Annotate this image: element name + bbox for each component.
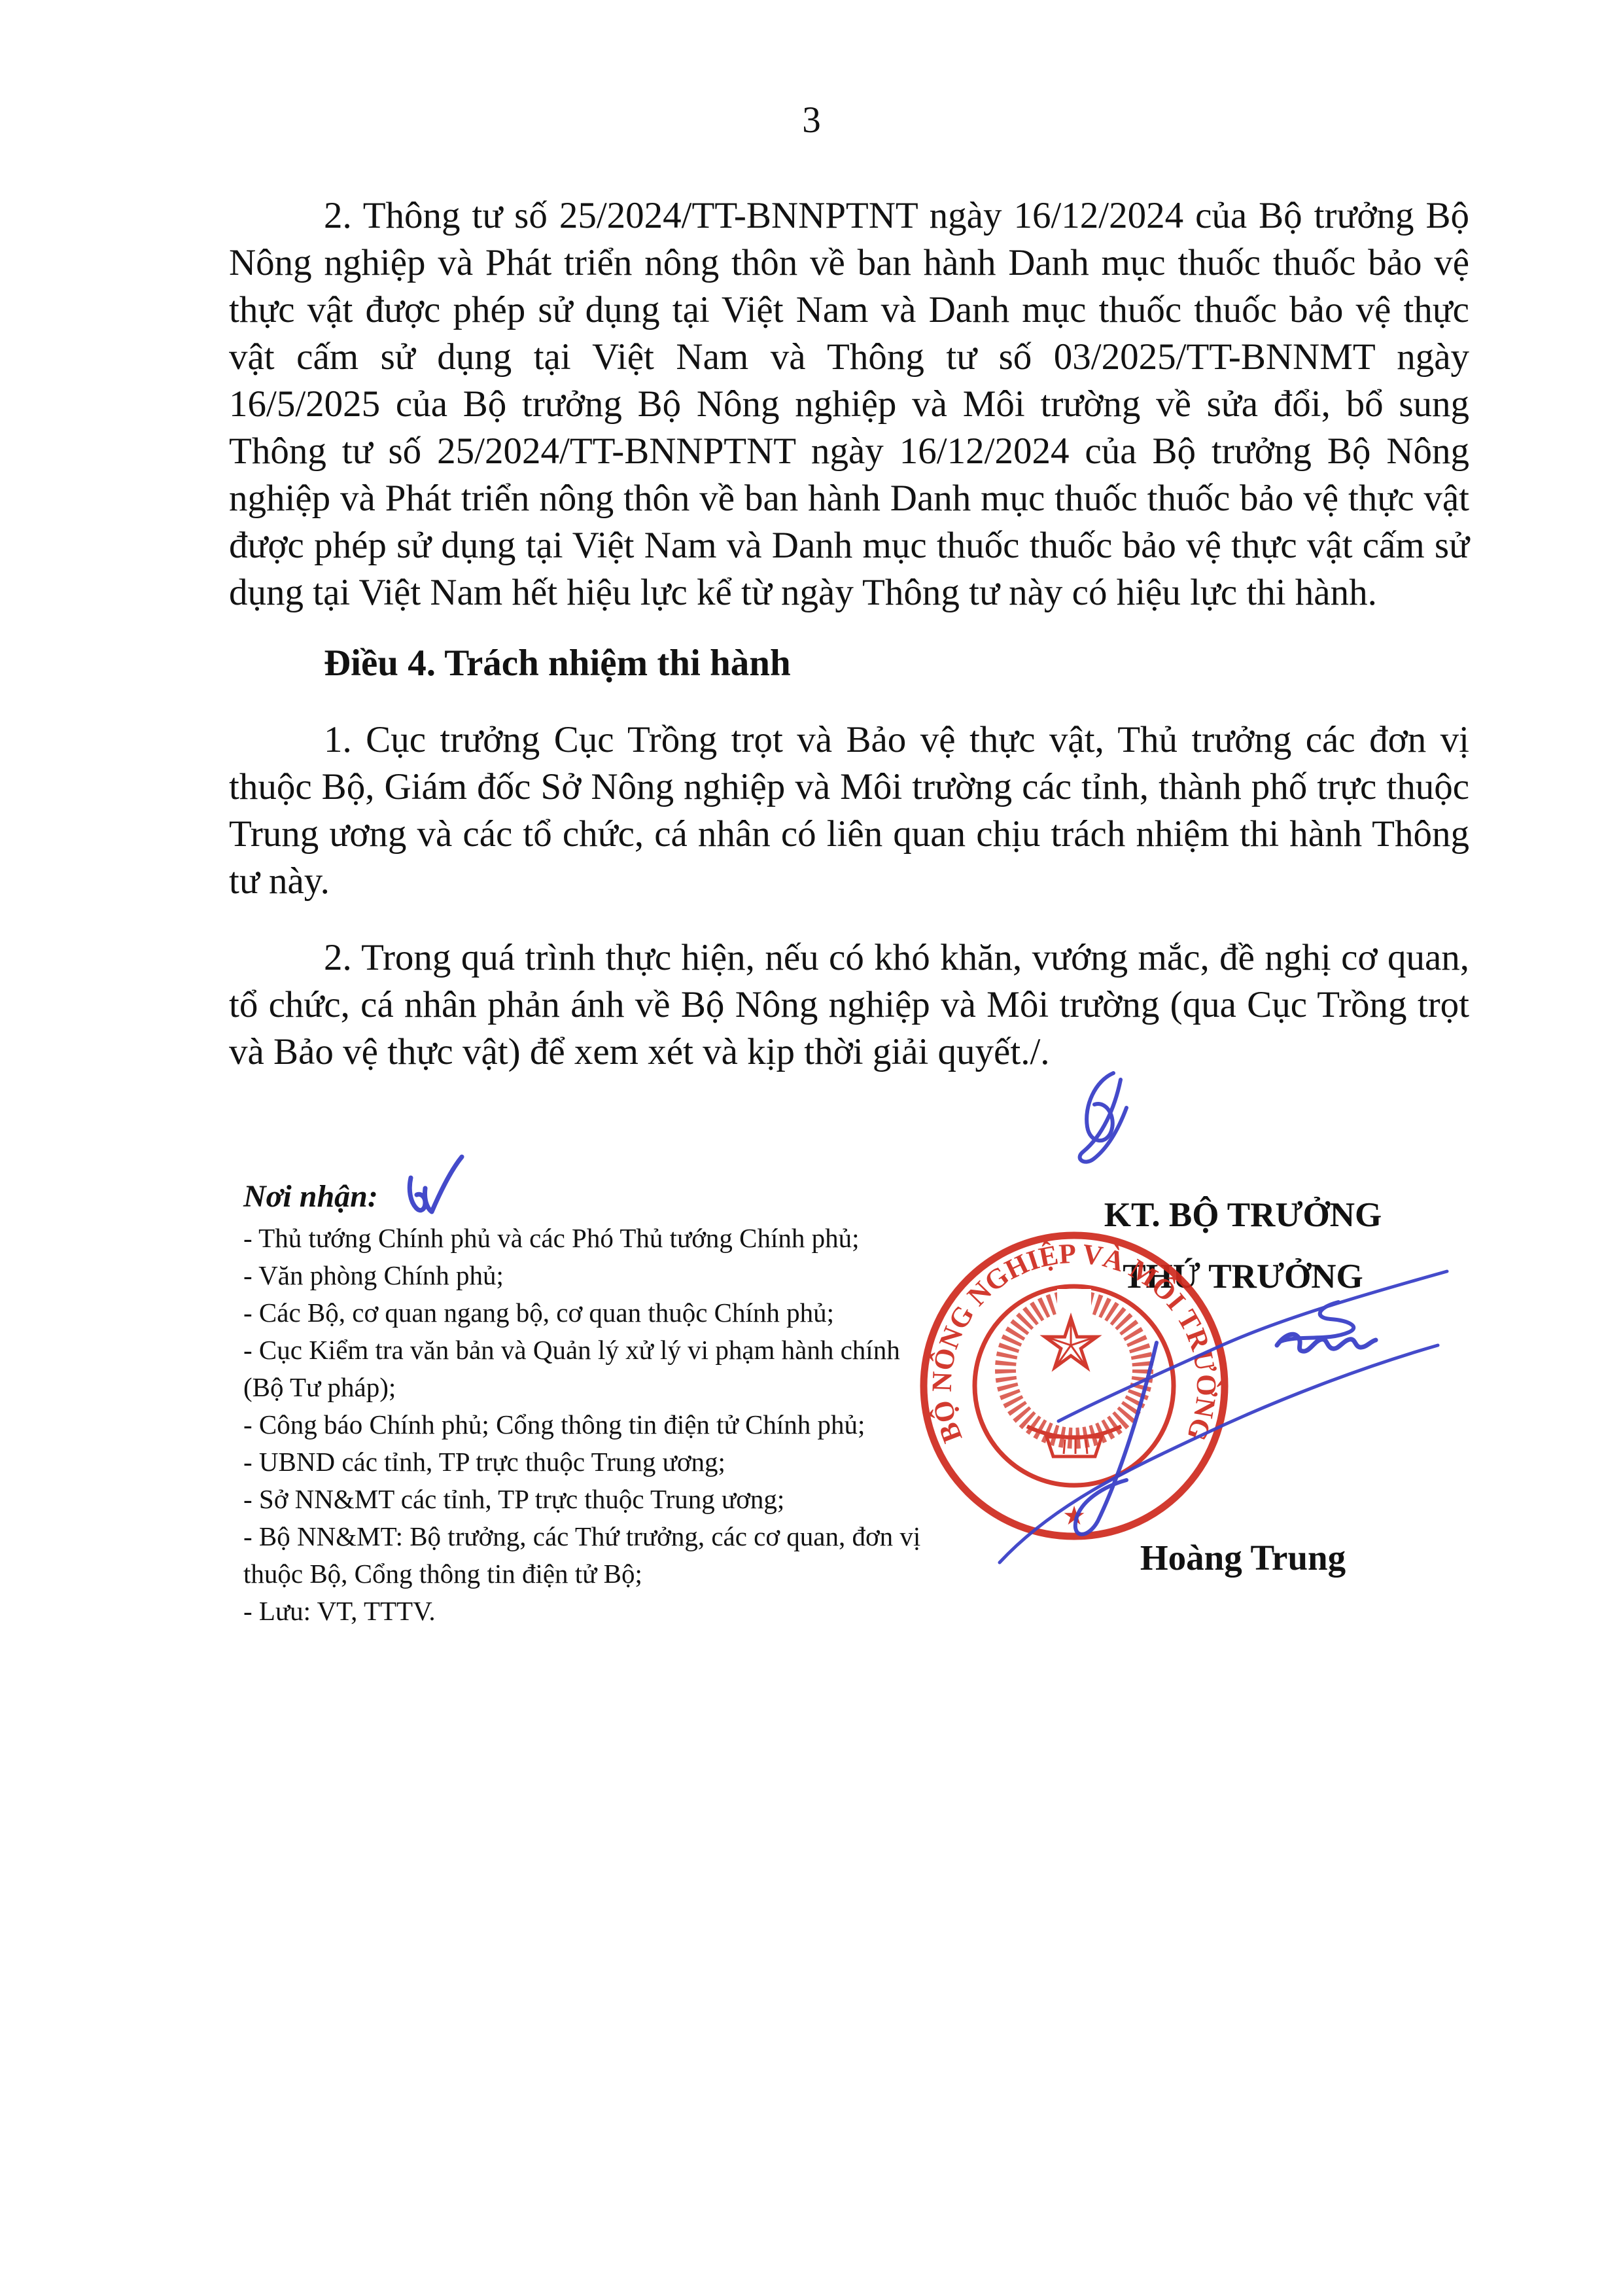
official-seal: BỘ NÔNG NGHIỆP VÀ MÔI TRƯỜNG ★ <box>917 1229 1231 1543</box>
recipient-item: - Lưu: VT, TTTV. <box>243 1593 924 1630</box>
recipient-item: - Sở NN&MT các tỉnh, TP trực thuộc Trung… <box>243 1481 924 1518</box>
recipient-item: - Bộ NN&MT: Bộ trưởng, các Thứ trưởng, c… <box>243 1518 924 1593</box>
recipients-label: Nơi nhận: <box>243 1177 378 1216</box>
seal-outer-ring <box>924 1235 1225 1536</box>
paragraph-transitional-2: 2. Thông tư số 25/2024/TT-BNNPTNT ngày 1… <box>229 192 1469 616</box>
signature-loops-stroke <box>1277 1334 1376 1351</box>
paraph-tail <box>1080 1080 1126 1162</box>
recipient-item: - UBND các tỉnh, TP trực thuộc Trung ươn… <box>243 1443 924 1481</box>
article-4-clause-1: 1. Cục trưởng Cục Trồng trọt và Bảo vệ t… <box>229 716 1469 905</box>
recipients-list: - Thủ tướng Chính phủ và các Phó Thủ tướ… <box>243 1220 924 1630</box>
paraph-loop <box>1087 1073 1113 1140</box>
seal-emblem <box>1005 1289 1143 1457</box>
signature-curl-stroke <box>1281 1302 1353 1341</box>
checkmark-scribble <box>410 1178 425 1210</box>
article-4-clause-2: 2. Trong quá trình thực hiện, nếu có khó… <box>229 934 1469 1076</box>
seal-graphic: BỘ NÔNG NGHIỆP VÀ MÔI TRƯỜNG ★ <box>917 1229 1231 1543</box>
emblem-wreath <box>1005 1301 1143 1438</box>
recipient-item: - Các Bộ, cơ quan ngang bộ, cơ quan thuộ… <box>243 1294 924 1332</box>
recipient-item: - Công báo Chính phủ; Cổng thông tin điệ… <box>243 1406 924 1443</box>
document-body: 2. Thông tư số 25/2024/TT-BNNPTNT ngày 1… <box>229 192 1469 1076</box>
recipient-item: - Thủ tướng Chính phủ và các Phó Thủ tướ… <box>243 1220 924 1257</box>
page-number: 3 <box>0 97 1623 144</box>
checkmark-icon <box>425 1157 462 1212</box>
document-page: 3 2. Thông tư số 25/2024/TT-BNNPTNT ngày… <box>0 0 1623 2296</box>
article-4-heading: Điều 4. Trách nhiệm thi hành <box>229 640 1469 687</box>
recipient-item: - Văn phòng Chính phủ; <box>243 1257 924 1294</box>
recipient-item: - Cục Kiểm tra văn bản và Quản lý xử lý … <box>243 1332 924 1406</box>
emblem-top-notch <box>1057 1289 1091 1314</box>
seal-bottom-star-icon: ★ <box>1062 1501 1086 1530</box>
